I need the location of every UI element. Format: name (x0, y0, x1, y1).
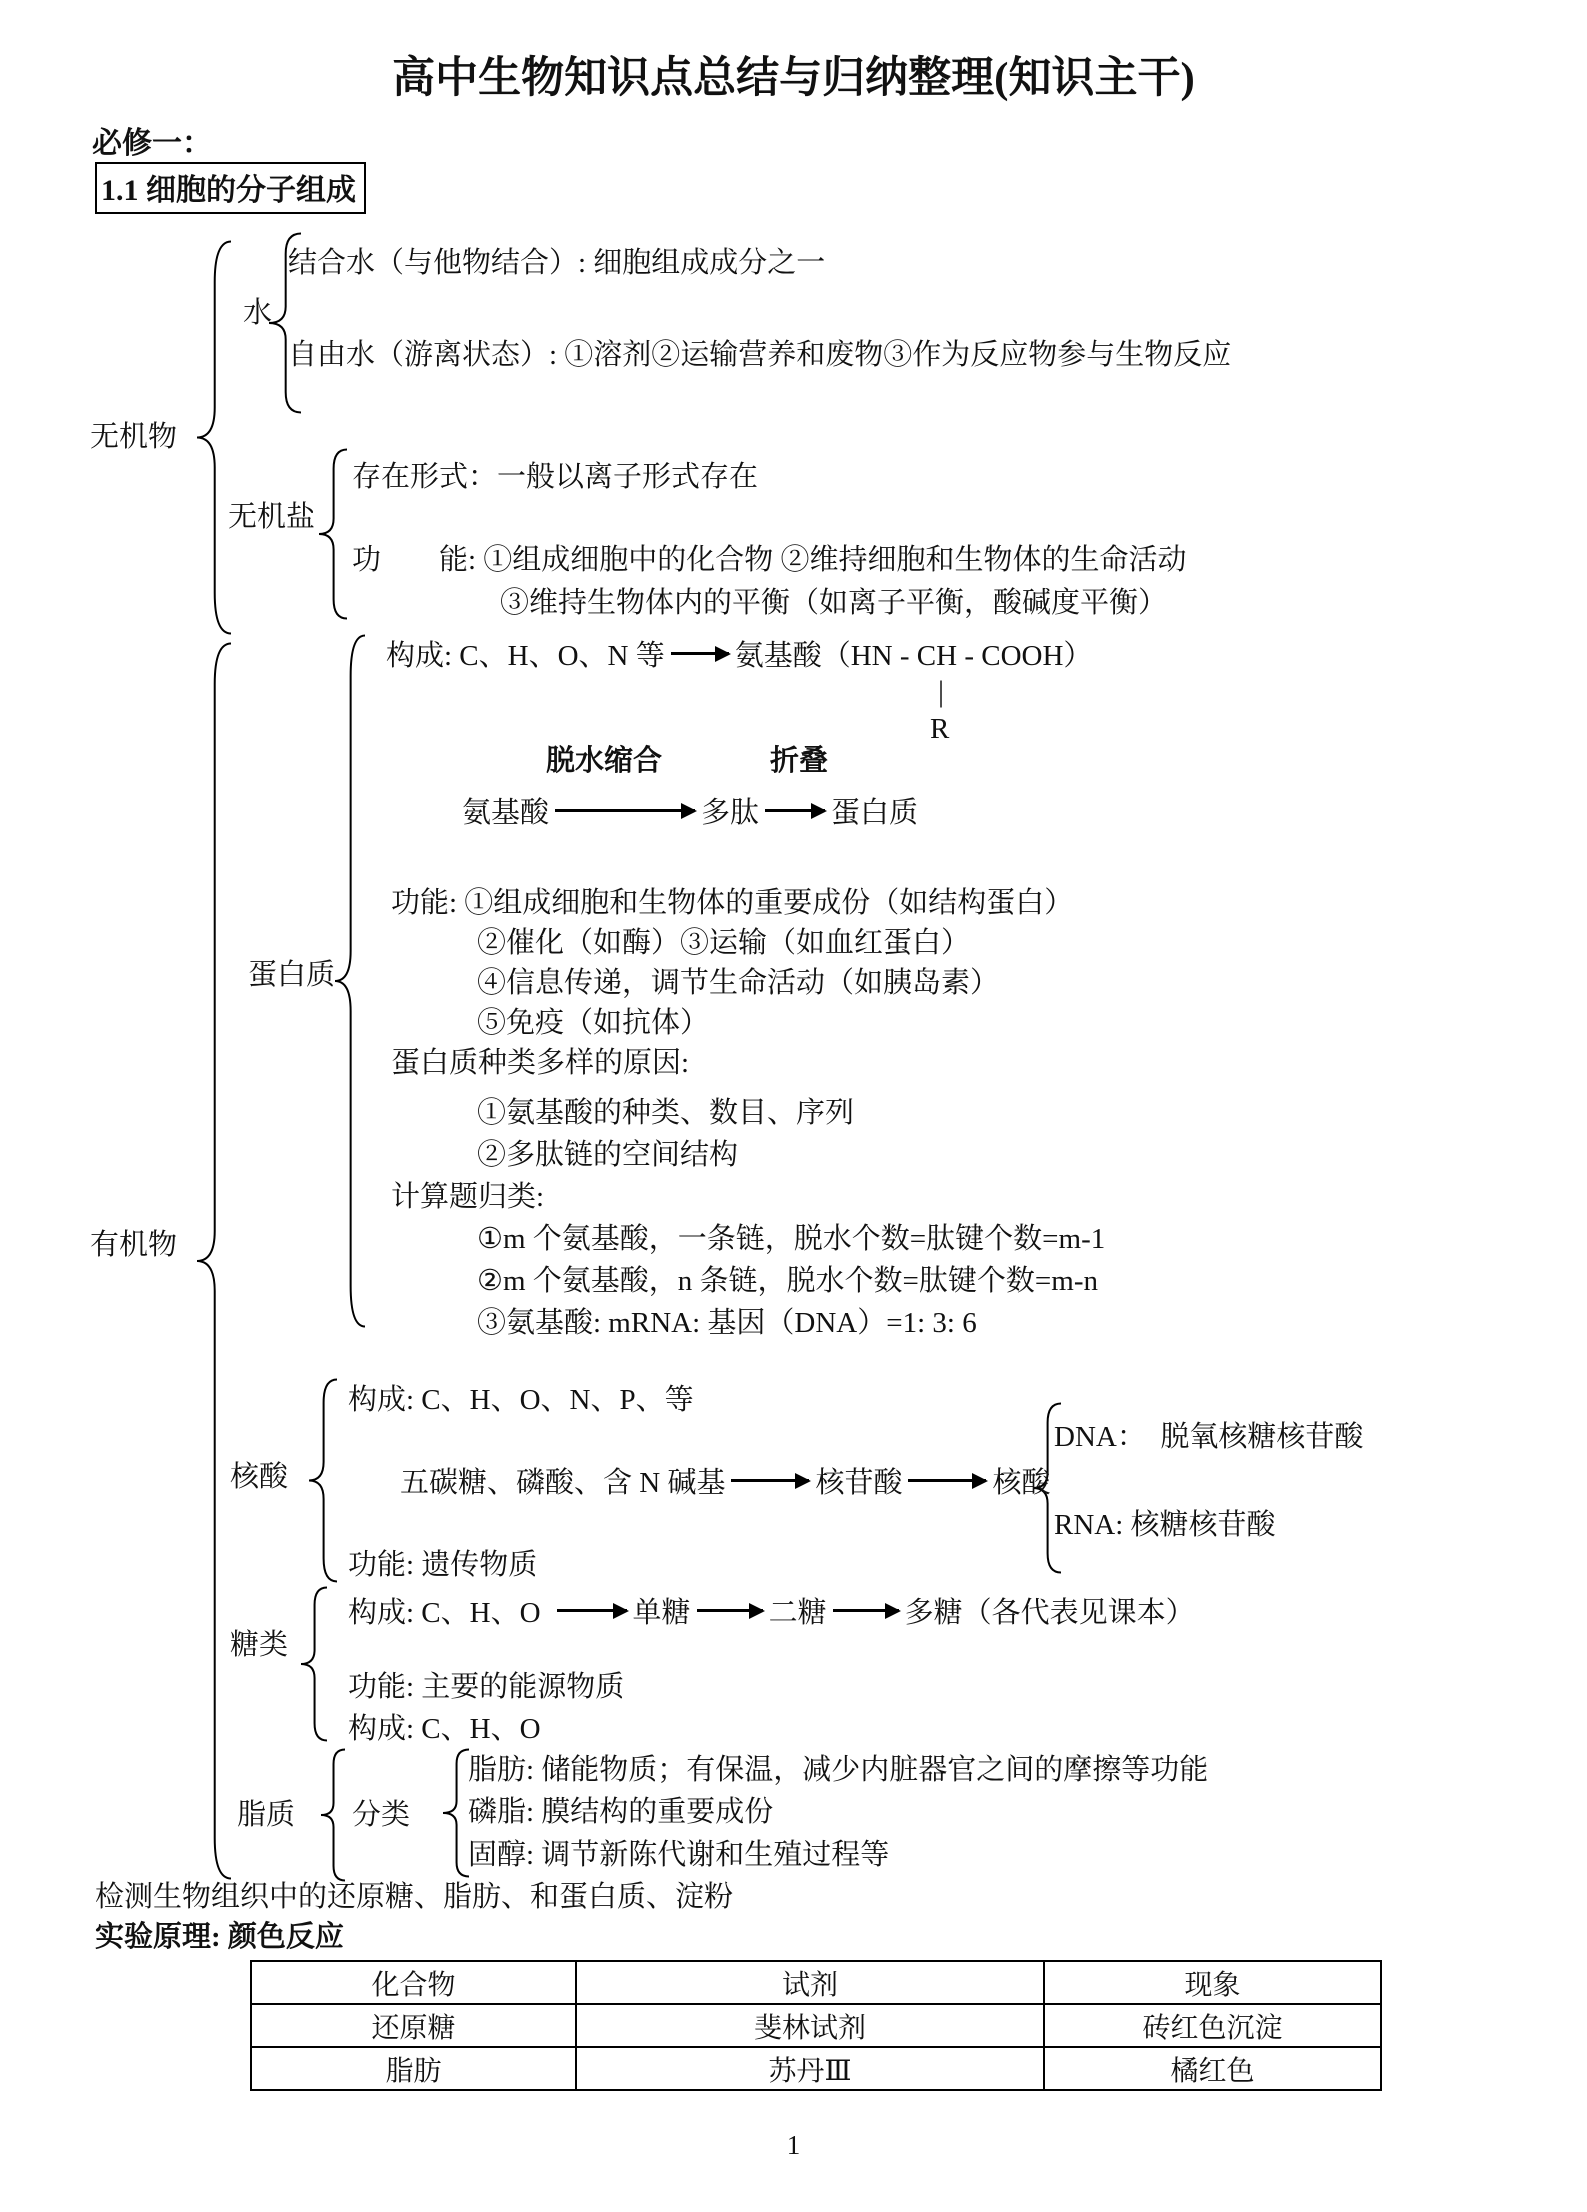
protein-func1: 功能: ①组成细胞和生物体的重要成份（如结构蛋白） (391, 886, 1073, 921)
nucleic-chain-start: 五碳糖、磷酸、含 N 碱基 (400, 1460, 725, 1501)
monosaccharide: 单糖 (633, 1590, 691, 1631)
sugar-label: 糖类 (230, 1628, 288, 1663)
nucleotide: 核苷酸 (815, 1460, 902, 1501)
cell-compound: 还原糖 (251, 2004, 576, 2047)
nucleic-chain-end: 核酸 (992, 1460, 1050, 1501)
disaccharide: 二糖 (769, 1590, 827, 1631)
right-arrow (833, 1609, 899, 1612)
cell-phenomenon: 砖红色沉淀 (1044, 2004, 1381, 2047)
calc-title: 计算题归类: (391, 1180, 544, 1215)
sugar-func-line: 功能: 主要的能源物质 (348, 1670, 624, 1705)
lipid-brace (320, 1748, 346, 1882)
table-row: 还原糖 斐林试剂 砖红色沉淀 (251, 2004, 1381, 2047)
dna-line: DNA： 脱氧核糖核苷酸 (1054, 1420, 1363, 1455)
free-water-line: 自由水（游离状态）: ①溶剂②运输营养和废物③作为反应物参与生物反应 (288, 338, 1231, 373)
salt-brace (318, 448, 348, 620)
section-label: 必修一： (92, 126, 212, 162)
polysaccharide: 多糖（各代表见课本） (905, 1590, 1195, 1631)
diversity-item2: ②多肽链的空间结构 (477, 1138, 738, 1173)
nucleic-brace (308, 1378, 338, 1583)
nucleic-chain-row: 五碳糖、磷酸、含 N 碱基 核苷酸 核酸 (400, 1460, 1050, 1501)
polypeptide: 多肽 (701, 790, 759, 831)
amino-chain-row: 氨基酸 多肽 蛋白质 (462, 790, 918, 831)
diversity-item1: ①氨基酸的种类、数目、序列 (477, 1096, 854, 1131)
protein-compose-row: 构成: C、H、O、N 等 氨基酸（HN - CH - COOH） (386, 633, 1092, 674)
protein-func2: ②催化（如酶）③运输（如血红蛋白） (477, 926, 970, 961)
classify-label: 分类 (352, 1798, 410, 1833)
salt-func1-line: 功 能: ①组成细胞中的化合物 ②维持细胞和生物体的生命活动 (352, 543, 1187, 578)
header-phenomenon: 现象 (1044, 1961, 1381, 2004)
nucleic-compose-line: 构成: C、H、O、N、P、等 (348, 1383, 694, 1418)
organic-label: 有机物 (90, 1228, 177, 1263)
bond-line: | (938, 674, 944, 710)
salt-form-line: 存在形式：一般以离子形式存在 (352, 460, 758, 495)
amino-acid: 氨基酸 (462, 790, 549, 831)
calc-item1: ①m 个氨基酸，一条链，脱水个数=肽键个数=m-1 (477, 1222, 1105, 1257)
cell-reagent: 苏丹Ⅲ (576, 2047, 1044, 2090)
bound-water-line: 结合水（与他物结合）: 细胞组成成分之一 (288, 246, 825, 281)
r-group: R (930, 712, 949, 747)
cell-phenomenon: 橘红色 (1044, 2047, 1381, 2090)
protein-func4: ⑤免疫（如抗体） (477, 1006, 709, 1041)
protein-word: 蛋白质 (831, 790, 918, 831)
protein-compose-suffix: 氨基酸（HN - CH - COOH） (735, 633, 1093, 674)
water-label: 水 (243, 296, 272, 331)
lipid-phospholipid-line: 磷脂: 膜结构的重要成份 (468, 1795, 773, 1830)
protein-brace (334, 634, 366, 1328)
calc-item2: ②m 个氨基酸，n 条链，脱水个数=肽键个数=m-n (477, 1264, 1098, 1299)
cell-reagent: 斐林试剂 (576, 2004, 1044, 2047)
lipid-label: 脂质 (237, 1798, 295, 1833)
right-arrow (557, 1609, 627, 1612)
inorganic-label: 无机物 (90, 420, 177, 455)
calc-item3: ③氨基酸: mRNA: 基因（DNA）=1: 3: 6 (477, 1306, 977, 1341)
nucleic-label: 核酸 (230, 1460, 288, 1495)
cell-compound: 脂肪 (251, 2047, 576, 2090)
protein-compose-prefix: 构成: C、H、O、N 等 (386, 633, 665, 674)
salt-func2-line: ③维持生物体内的平衡（如离子平衡，酸碱度平衡） (500, 586, 1167, 621)
rna-line: RNA: 核糖核苷酸 (1054, 1508, 1276, 1543)
right-arrow (671, 652, 729, 655)
right-arrow (555, 809, 695, 812)
folding-label: 折叠 (770, 744, 828, 779)
protein-func3: ④信息传递，调节生命活动（如胰岛素） (477, 966, 999, 1001)
sugar-brace (300, 1586, 328, 1742)
right-arrow (765, 809, 825, 812)
diversity-title: 蛋白质种类多样的原因: (391, 1046, 689, 1081)
organic-brace (196, 642, 232, 1880)
lipid-sterol-line: 固醇: 调节新陈代谢和生殖过程等 (468, 1838, 889, 1873)
experiment-table: 化合物 试剂 现象 还原糖 斐林试剂 砖红色沉淀 脂肪 苏丹Ⅲ 橘红色 (250, 1960, 1382, 2091)
right-arrow (697, 1609, 763, 1612)
detection-line: 检测生物组织中的还原糖、脂肪、和蛋白质、淀粉 (95, 1880, 733, 1915)
classify-brace (442, 1748, 470, 1878)
dehydration-label: 脱水缩合 (546, 744, 662, 779)
lipid-compose-line: 构成: C、H、O (348, 1712, 541, 1747)
section-box: 1.1 细胞的分子组成 (95, 162, 366, 214)
sugar-compose-prefix: 构成: C、H、O (348, 1590, 541, 1631)
lipid-fat-line: 脂肪: 储能物质；有保温，减少内脏器官之间的摩擦等功能 (468, 1753, 1208, 1788)
principle-line: 实验原理: 颜色反应 (95, 1920, 344, 1955)
page-number: 1 (0, 2130, 1587, 2161)
table-row: 脂肪 苏丹Ⅲ 橘红色 (251, 2047, 1381, 2090)
inorganic-brace (196, 240, 232, 635)
header-reagent: 试剂 (576, 1961, 1044, 2004)
table-header-row: 化合物 试剂 现象 (251, 1961, 1381, 2004)
nucleic-func-line: 功能: 遗传物质 (348, 1548, 537, 1583)
right-arrow (731, 1479, 809, 1482)
page-title: 高中生物知识点总结与归纳整理(知识主干) (0, 44, 1587, 105)
sugar-compose-row: 构成: C、H、O 单糖 二糖 多糖（各代表见课本） (348, 1590, 1195, 1631)
salt-label: 无机盐 (228, 500, 315, 535)
document-page: { "page": { "title": "高中生物知识点总结与归纳整理(知识主… (0, 0, 1587, 2212)
header-compound: 化合物 (251, 1961, 576, 2004)
protein-label: 蛋白质 (248, 958, 335, 993)
right-arrow (908, 1479, 986, 1482)
